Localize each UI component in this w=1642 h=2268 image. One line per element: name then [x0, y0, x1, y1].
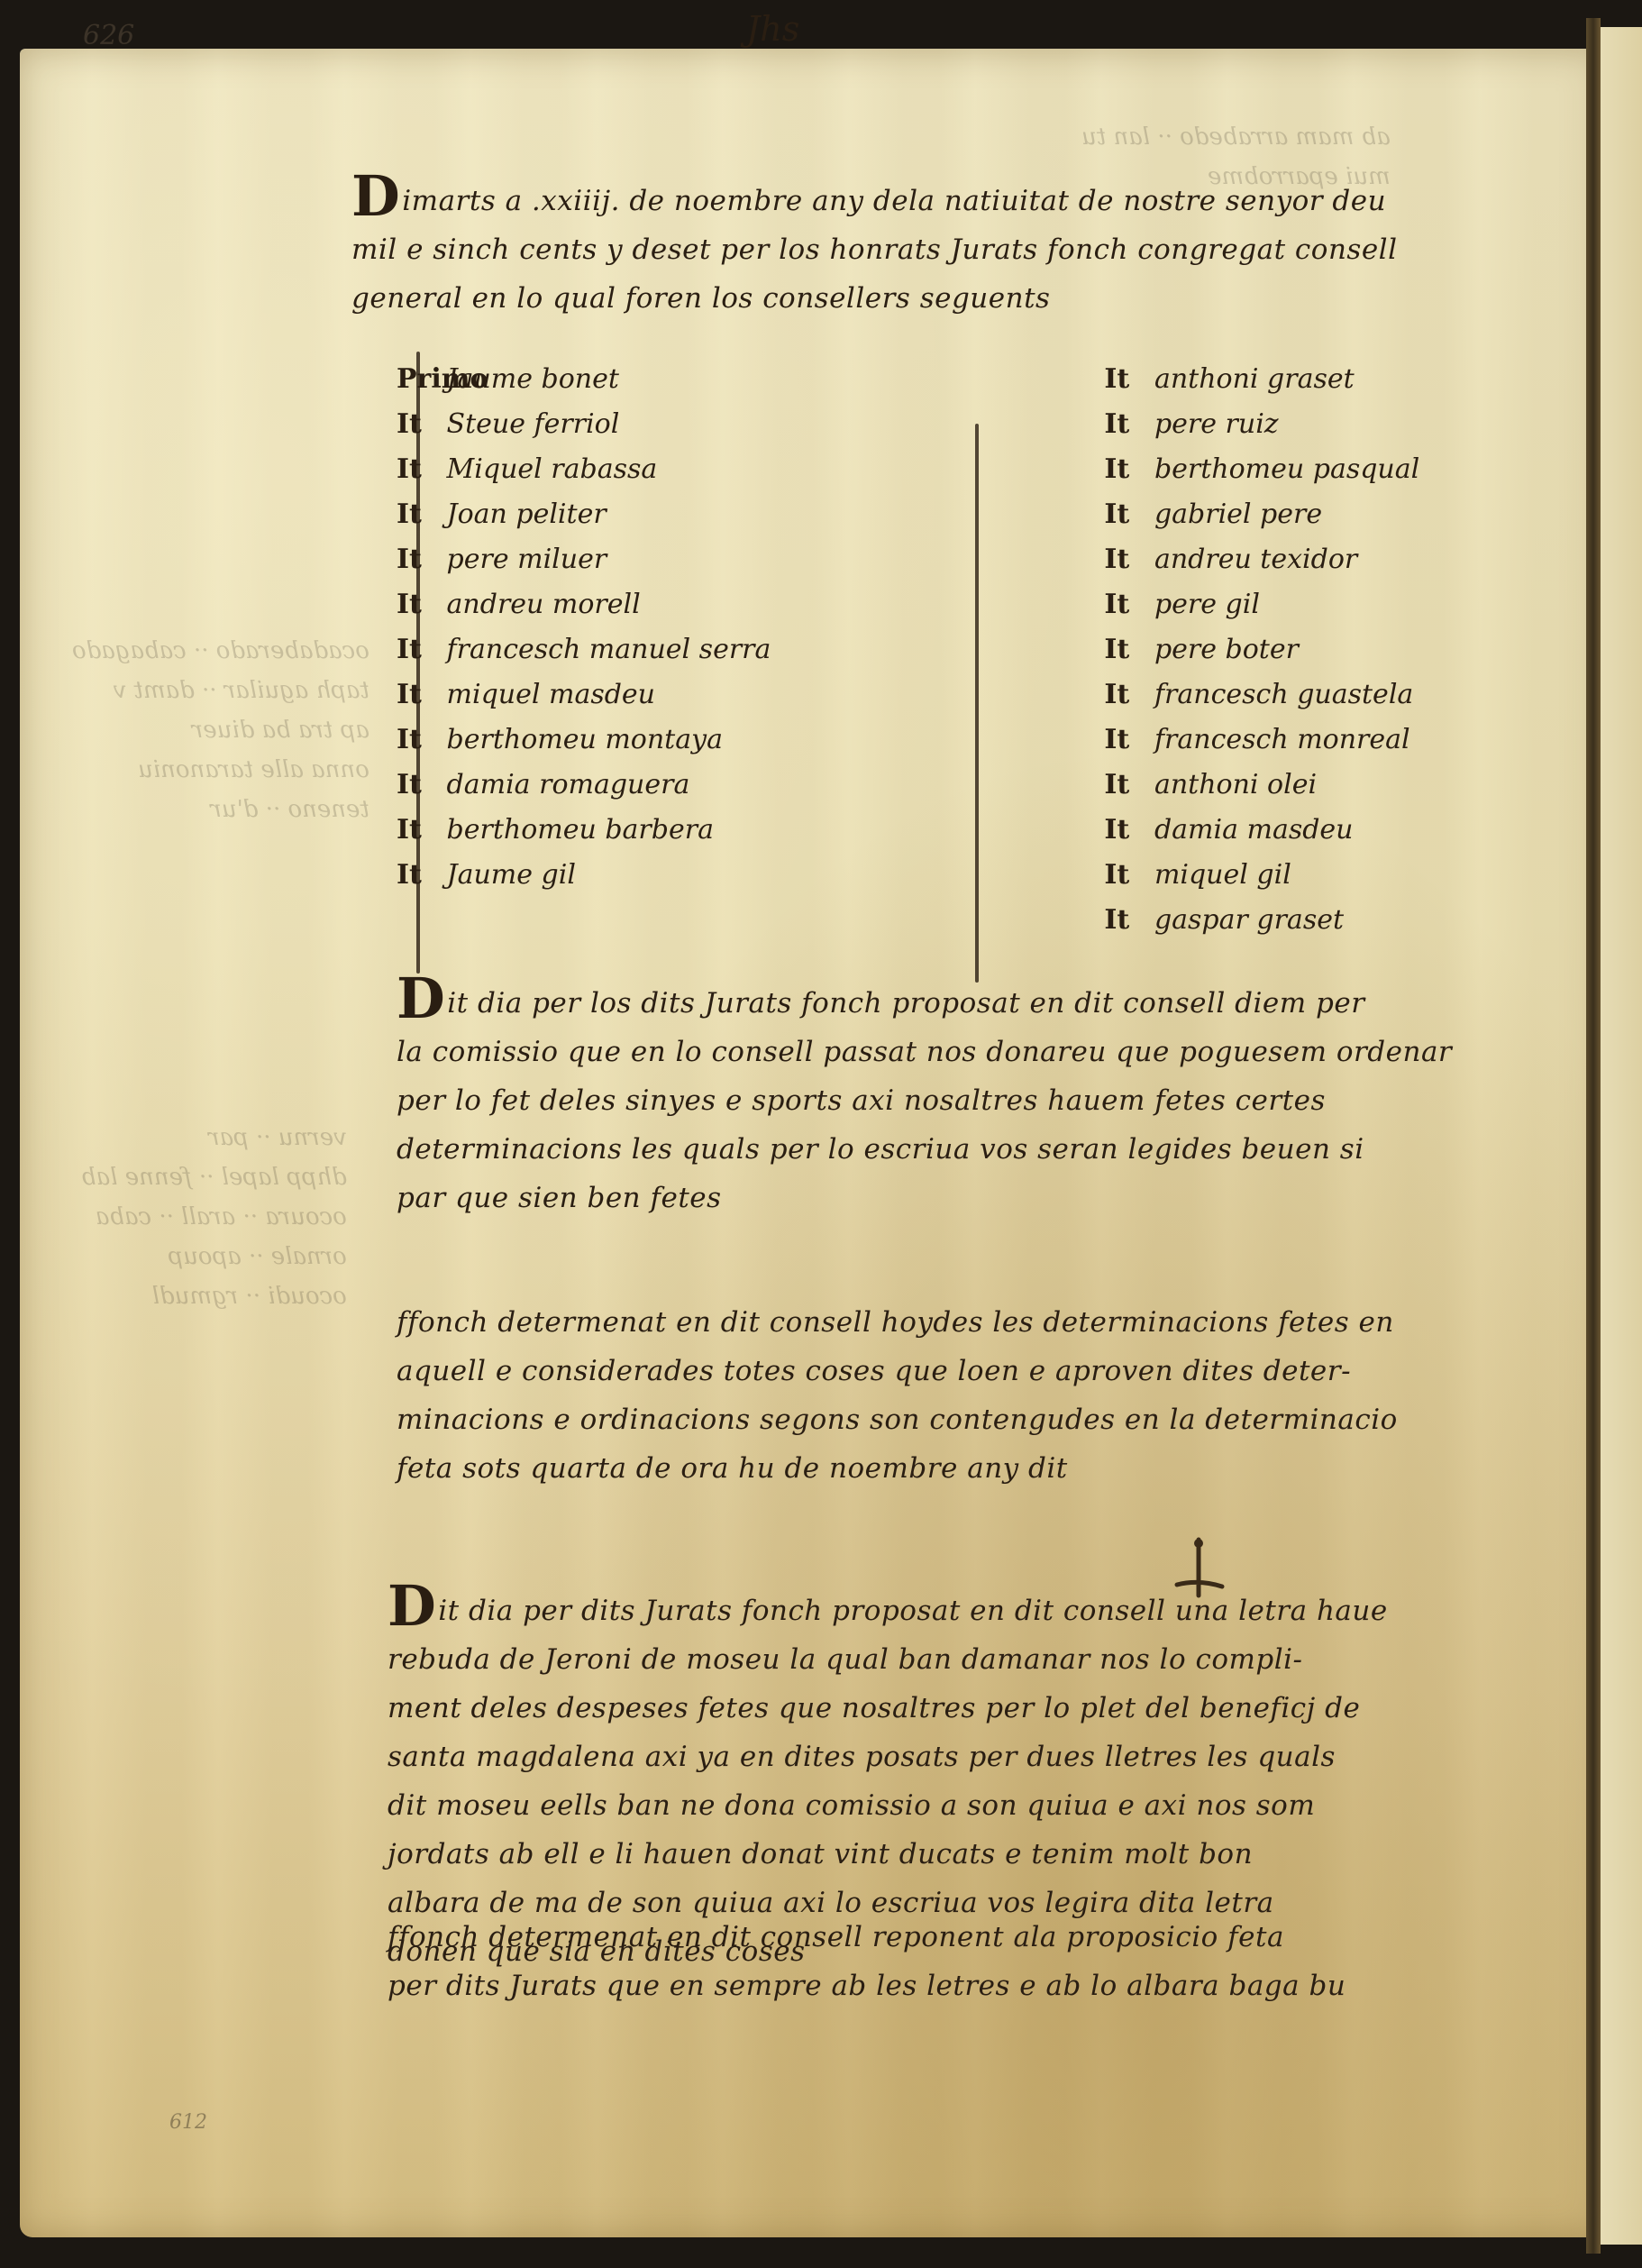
- councillor-entry: It pere gil: [1104, 582, 1460, 627]
- drop-initial: D: [388, 1573, 436, 1639]
- determination-paragraph: ffonch determenat en dit consell hoydes …: [397, 1298, 1478, 1493]
- councillor-entry: It gabriel pere: [1104, 492, 1460, 537]
- councillor-entry: It damia romaguera: [397, 763, 771, 808]
- drop-initial: D: [397, 965, 445, 1031]
- councillor-entry: It miquel masdeu: [397, 672, 771, 718]
- determination-paragraph: ffonch determenat en dit consell reponen…: [388, 1913, 1487, 2010]
- text-line: general en lo qual foren los consellers …: [351, 274, 1478, 323]
- drop-initial: D: [351, 163, 400, 229]
- folio-number: 626: [83, 20, 134, 51]
- text-line: aquell e considerades totes coses que lo…: [397, 1347, 1478, 1395]
- text-line: feta sots quarta de ora hu de noembre an…: [397, 1444, 1478, 1493]
- councillor-entry: It anthoni olei: [1104, 763, 1460, 808]
- councillor-entry: It berthomeu barbera: [397, 808, 771, 853]
- lower-folio-mark: 612: [169, 2111, 207, 2134]
- binding-gutter: [1586, 18, 1601, 2254]
- text-line: mil e sinch cents y deset per los honrat…: [351, 225, 1478, 274]
- bleed-through-text: ocadaberado ·· cabagado taph aguilar ·· …: [72, 631, 369, 829]
- councillor-entry: It Miquel rabassa: [397, 447, 771, 492]
- bleed-through-text: vernu ·· par dhpp lapel ·· fenne lab oco…: [81, 1118, 347, 1316]
- text-line: ffonch determenat en dit consell reponen…: [388, 1913, 1487, 1962]
- text-line: per dits Jurats que en sempre ab les let…: [388, 1962, 1487, 2010]
- text-line: per lo fet deles sinyes e sports axi nos…: [397, 1076, 1478, 1125]
- councillor-entry: It francesch manuel serra: [397, 627, 771, 672]
- proposal-paragraph: Dit dia per los dits Jurats fonch propos…: [397, 979, 1478, 1222]
- text-line: Dit dia per dits Jurats fonch proposat e…: [388, 1587, 1487, 1635]
- councillor-entry: It anthoni graset: [1104, 357, 1460, 402]
- opening-entry: Dimarts a .xxiiij. de noembre any dela n…: [351, 177, 1478, 323]
- councillor-entry: It francesch monreal: [1104, 718, 1460, 763]
- text-line: determinacions les quals per lo escriua …: [397, 1125, 1478, 1174]
- text-line: ffonch determenat en dit consell hoydes …: [397, 1298, 1478, 1347]
- councillor-entry: It pere ruiz: [1104, 402, 1460, 447]
- councillors-column-left: Primo Jaume bonet It Steue ferriol It Mi…: [397, 357, 771, 943]
- councillors-list: Primo Jaume bonet It Steue ferriol It Mi…: [397, 357, 1460, 943]
- text-line: la comissio que en lo consell passat nos…: [397, 1028, 1478, 1076]
- councillor-entry: It andreu morell: [397, 582, 771, 627]
- text-line: jordats ab ell e li hauen donat vint duc…: [388, 1830, 1487, 1879]
- text-line: par que sien ben fetes: [397, 1174, 1478, 1222]
- councillor-entry: It andreu texidor: [1104, 537, 1460, 582]
- text-line: Dimarts a .xxiiij. de noembre any dela n…: [351, 177, 1478, 225]
- councillor-entry: It Jaume gil: [397, 853, 771, 898]
- councillor-entry: It Steue ferriol: [397, 402, 771, 447]
- councillor-entry: It pere miluer: [397, 537, 771, 582]
- invocation-heading: Jhs: [746, 9, 799, 49]
- councillor-entry: It berthomeu montaya: [397, 718, 771, 763]
- text-line: Dit dia per los dits Jurats fonch propos…: [397, 979, 1478, 1028]
- text-line: rebuda de Jeroni de moseu la qual ban da…: [388, 1635, 1487, 1684]
- councillor-entry: It miquel gil: [1104, 853, 1460, 898]
- councillor-entry: It francesch guastela: [1104, 672, 1460, 718]
- councillor-entry: It berthomeu pasqual: [1104, 447, 1460, 492]
- text-line: santa magdalena axi ya en dites posats p…: [388, 1733, 1487, 1781]
- councillor-entry: It pere boter: [1104, 627, 1460, 672]
- next-leaf-edge: [1601, 27, 1642, 2245]
- councillor-entry: It damia masdeu: [1104, 808, 1460, 853]
- councillor-entry: It Joan peliter: [397, 492, 771, 537]
- councillor-entry: Primo Jaume bonet: [397, 357, 771, 402]
- text-line: minacions e ordinacions segons son conte…: [397, 1395, 1478, 1444]
- text-line: dit moseu eells ban ne dona comissio a s…: [388, 1781, 1487, 1830]
- text-line: ment deles despeses fetes que nosaltres …: [388, 1684, 1487, 1733]
- councillor-entry: It gaspar graset: [1104, 898, 1460, 943]
- councillors-column-right: It anthoni graset It pere ruiz It bertho…: [1104, 357, 1460, 943]
